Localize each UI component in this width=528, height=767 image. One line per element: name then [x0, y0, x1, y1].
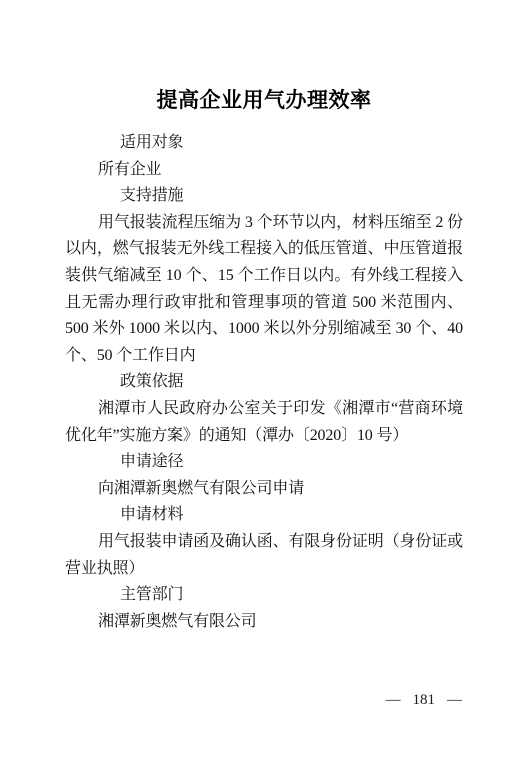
- document-page: 提高企业用气办理效率 适用对象 所有企业 支持措施 用气报装流程压缩为 3 个环…: [0, 0, 528, 767]
- page-number: — 181 —: [386, 688, 463, 712]
- section-heading-competent-department: 主管部门: [65, 582, 463, 609]
- section-application-materials: 申请材料 用气报装申请函及确认函、有限身份证明（身份证或营业执照）: [65, 502, 463, 582]
- section-applicable-objects: 适用对象 所有企业: [65, 130, 463, 183]
- section-competent-department: 主管部门 湘潭新奥燃气有限公司: [65, 582, 463, 635]
- section-heading-applicable-objects: 适用对象: [65, 130, 463, 157]
- document-title: 提高企业用气办理效率: [0, 0, 528, 114]
- section-policy-basis: 政策依据 湘潭市人民政府办公室关于印发《湘潭市“营商环境优化年”实施方案》的通知…: [65, 369, 463, 449]
- section-heading-application-channel: 申请途径: [65, 449, 463, 476]
- document-body: 适用对象 所有企业 支持措施 用气报装流程压缩为 3 个环节以内，材料压缩至 2…: [65, 130, 463, 635]
- section-heading-support-measures: 支持措施: [65, 183, 463, 210]
- paragraph-application-materials: 用气报装申请函及确认函、有限身份证明（身份证或营业执照）: [65, 529, 463, 582]
- paragraph-competent-department: 湘潭新奥燃气有限公司: [65, 609, 463, 636]
- paragraph-applicable-objects: 所有企业: [65, 157, 463, 184]
- paragraph-application-channel: 向湘潭新奥燃气有限公司申请: [65, 476, 463, 503]
- section-heading-policy-basis: 政策依据: [65, 369, 463, 396]
- section-support-measures: 支持措施 用气报装流程压缩为 3 个环节以内，材料压缩至 2 份以内，燃气报装无…: [65, 183, 463, 369]
- section-heading-application-materials: 申请材料: [65, 502, 463, 529]
- section-application-channel: 申请途径 向湘潭新奥燃气有限公司申请: [65, 449, 463, 502]
- paragraph-support-measures: 用气报装流程压缩为 3 个环节以内，材料压缩至 2 份以内，燃气报装无外线工程接…: [65, 210, 463, 370]
- paragraph-policy-basis: 湘潭市人民政府办公室关于印发《湘潭市“营商环境优化年”实施方案》的通知（潭办〔2…: [65, 396, 463, 449]
